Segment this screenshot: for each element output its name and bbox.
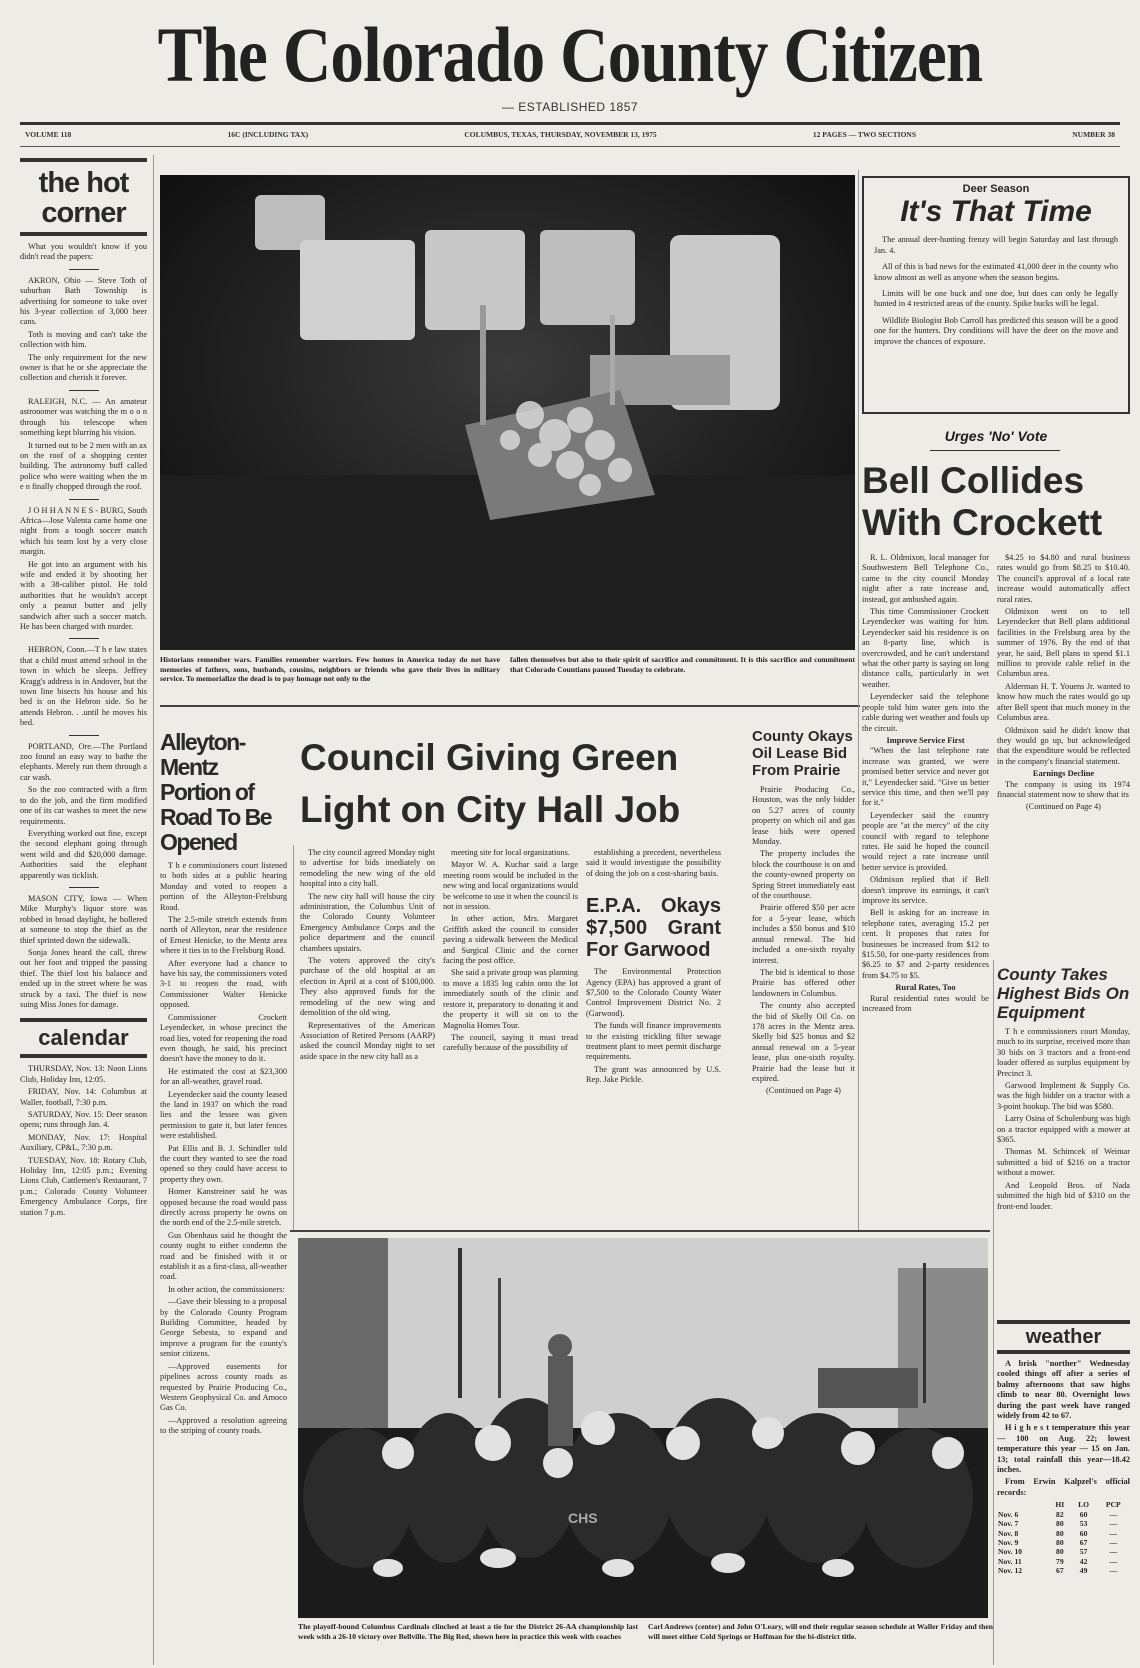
deer-season-box: Deer Season It's That Time The annual de… [862, 176, 1130, 414]
weather-cell: Nov. 7 [997, 1519, 1049, 1528]
oil-lease-para: Prairie offered $50 per acre for a 5-yea… [752, 903, 855, 965]
bell-subhead: Earnings Decline [997, 769, 1130, 779]
oil-lease-para: The county also accepted the bid of Skel… [752, 1001, 855, 1084]
weather-row: Nov. 88060— [997, 1529, 1130, 1538]
bell-para: The company is using its 1974 financial … [997, 780, 1130, 801]
deer-para: All of this is bad news for the estimate… [874, 262, 1118, 283]
weather-title: weather [997, 1324, 1130, 1350]
weather-cell: Nov. 12 [997, 1566, 1049, 1575]
hot-corner-title: the hot corner [20, 168, 147, 228]
item-separator [69, 390, 99, 391]
weather-cell: 60 [1071, 1510, 1097, 1519]
oil-lease-headline: County Okays Oil Lease Bid From Prairie [752, 728, 855, 779]
council-column-1: The city council agreed Monday night to … [300, 848, 435, 1064]
alleyton-para: After everyone had a chance to have his … [160, 959, 287, 1011]
weather-col-header: LO [1071, 1500, 1097, 1509]
alleyton-para: Homer Kanstreiner said he was opposed be… [160, 1187, 287, 1229]
weather-rule-bottom [997, 1350, 1130, 1354]
alleyton-para: Leyendecker said the county leased the l… [160, 1090, 287, 1142]
county-bids-para: Garwood Implement & Supply Co. was the h… [997, 1081, 1130, 1112]
calendar-rule-top [20, 1018, 147, 1022]
weather-row: Nov. 98067— [997, 1538, 1130, 1547]
weather-cell: 67 [1049, 1566, 1071, 1575]
weather-cell: 79 [1049, 1557, 1071, 1566]
epa-para: The Environmental Protection Agency (EPA… [586, 967, 721, 1019]
county-bids-para: T h e commissioners court Monday, much t… [997, 1027, 1130, 1079]
bell-column-2: $4.25 to $4.80 and rural business rates … [997, 553, 1130, 813]
weather-cell: Nov. 10 [997, 1547, 1049, 1556]
weather-cell: — [1097, 1519, 1130, 1528]
oil-lease-story: County Okays Oil Lease Bid From Prairie … [752, 728, 855, 1097]
council-headline-line-1: Council Giving Green [300, 732, 745, 784]
bell-para: Bell is asking for an increase in teleph… [862, 908, 989, 981]
county-bids-para: Larry Osina of Schulenburg was high on a… [997, 1114, 1130, 1145]
weather-cell: 67 [1071, 1538, 1097, 1547]
hot-corner-item: Toth is moving and can't take the collec… [20, 330, 147, 351]
weather-cell: Nov. 8 [997, 1529, 1049, 1538]
weather-row: Nov. 108057— [997, 1547, 1130, 1556]
price: 16c (INCLUDING TAX) [228, 130, 309, 139]
alleyton-para: T h e commissioners court listened to bo… [160, 861, 287, 913]
county-bids-story: County Takes Highest Bids On Equipment T… [997, 965, 1130, 1214]
weather-para: H i g h e s t temperature this year — 10… [997, 1423, 1130, 1475]
bell-column-1: R. L. Oldmixon, local manager for Southw… [862, 553, 989, 1016]
memorial-caption-left: Historians remember wars. Families remem… [160, 655, 500, 684]
column-rule [858, 170, 859, 1230]
hot-corner-column: the hot corner What you wouldn't know if… [20, 158, 147, 1220]
weather-row: Nov. 126749— [997, 1566, 1130, 1575]
weather-cell: 80 [1049, 1538, 1071, 1547]
item-separator [69, 269, 99, 270]
item-separator [69, 887, 99, 888]
hot-corner-rule-top [20, 158, 147, 162]
epa-para: The grant was announced by U.S. Rep. Jak… [586, 1065, 721, 1086]
alleyton-para: The 2.5-mile stretch extends from north … [160, 915, 287, 957]
council-para: Representatives of the American Associat… [300, 1021, 435, 1063]
weather-cell: 53 [1071, 1519, 1097, 1528]
hot-corner-item: The only requirement for the new owner i… [20, 353, 147, 384]
established-line: — ESTABLISHED 1857 [0, 100, 1140, 114]
weather-cell: Nov. 6 [997, 1510, 1049, 1519]
calendar-title: calendar [20, 1024, 147, 1052]
column-rule [293, 845, 294, 1230]
council-column-3: establishing a precedent, nevertheless s… [586, 848, 721, 1088]
weather-row: Nov. 68260— [997, 1510, 1130, 1519]
weather-para: A brisk "norther" Wednesday cooled thing… [997, 1359, 1130, 1421]
bell-kicker: Urges 'No' Vote [862, 428, 1130, 444]
hot-corner-item: It turned out to be 2 men with an ax on … [20, 441, 147, 493]
weather-cell: Nov. 9 [997, 1538, 1049, 1547]
council-para: The voters approved the city's purchase … [300, 956, 435, 1018]
bell-subhead: Improve Service First [862, 736, 989, 746]
cemetery-image [160, 175, 855, 650]
weather-cell: — [1097, 1566, 1130, 1575]
weather-cell: 60 [1071, 1529, 1097, 1538]
hot-corner-item: PORTLAND, Ore.—The Portland zoo found an… [20, 742, 147, 784]
epa-headline: E.P.A. Okays $7,500 Grant For Garwood [586, 895, 721, 961]
alleyton-para: In other action, the commissioners: [160, 1285, 287, 1295]
weather-para: From Erwin Kalpzel's official records: [997, 1477, 1130, 1498]
column-rule [993, 960, 994, 1665]
alleyton-para: Gus Obenhaus said he thought the county … [160, 1231, 287, 1283]
bell-para: $4.25 to $4.80 and rural business rates … [997, 553, 1130, 605]
council-para: The council, saying it must tread carefu… [443, 1033, 578, 1054]
council-headline: Council Giving Green Light on City Hall … [300, 732, 745, 836]
calendar-item: SATURDAY, Nov. 15: Deer season opens; ru… [20, 1110, 147, 1131]
photo-section-rule [160, 705, 860, 707]
newspaper-title: The Colorado County Citizen [80, 10, 1060, 100]
weather-cell: — [1097, 1529, 1130, 1538]
memorial-photo [160, 175, 855, 650]
council-column-3-body: establishing a precedent, nevertheless s… [586, 848, 721, 879]
alleyton-headline: Alleyton-Mentz Portion of Road To Be Ope… [160, 730, 287, 855]
bell-para: Oldmixon went on to tell Leyendecker tha… [997, 607, 1130, 680]
weather-cell: 80 [1049, 1547, 1071, 1556]
weather-col-header: PCP [1097, 1500, 1130, 1509]
deer-season-headline: It's That Time [874, 194, 1118, 230]
bell-para: Oldmixon said he didn't know that they w… [997, 726, 1130, 768]
oil-lease-para: Prairie Producing Co., Houston, was the … [752, 785, 855, 847]
weather-cell: — [1097, 1510, 1130, 1519]
calendar-items: THURSDAY, Nov. 13: Noon Lions Club, Holi… [20, 1064, 147, 1218]
bell-para: Oldmixon replied that if Bell doesn't im… [862, 875, 989, 906]
weather-col-header [997, 1500, 1049, 1509]
weather-col-header: HI [1049, 1500, 1071, 1509]
county-bids-body: T h e commissioners court Monday, much t… [997, 1027, 1130, 1212]
weather-cell: — [1097, 1557, 1130, 1566]
hot-corner-item: So the zoo contracted with a firm to do … [20, 785, 147, 827]
calendar-rule-bottom [20, 1054, 147, 1058]
weather-cell: 49 [1071, 1566, 1097, 1575]
hot-corner-item: He got into an argument with his wife an… [20, 560, 147, 633]
calendar-item: MONDAY, Nov. 17: Hospital Auxiliary, CP&… [20, 1133, 147, 1154]
bell-kicker-rule [930, 450, 1060, 451]
bell-para: R. L. Oldmixon, local manager for Southw… [862, 553, 989, 605]
weather-row: Nov. 78053— [997, 1519, 1130, 1528]
weather-table-header: HILOPCP [997, 1500, 1130, 1509]
council-para: The city council agreed Monday night to … [300, 848, 435, 890]
county-bids-para: Thomas M. Schimcek of Weimar submitted a… [997, 1147, 1130, 1178]
masthead-rule [20, 122, 1120, 125]
column-rule [153, 155, 154, 1665]
bell-headline-line-1: Bell Collides [862, 460, 1140, 502]
alleyton-para: —Gave their blessing to a proposal by th… [160, 1297, 287, 1359]
oil-lease-body: Prairie Producing Co., Houston, was the … [752, 785, 855, 1084]
item-separator [69, 499, 99, 500]
hot-corner-items: AKRON, Ohio — Steve Toth of suburban Bat… [20, 269, 147, 1011]
bell-para: Rural residential rates would be increas… [862, 994, 989, 1015]
county-bids-para: And Leopold Bros. of Nada submitted the … [997, 1181, 1130, 1212]
football-caption-right: Carl Andrews (center) and John O'Leary, … [648, 1622, 993, 1641]
alleyton-para: —Approved easements for pipelines across… [160, 1362, 287, 1414]
hot-corner-item: Sonja Jones heard the call, threw out he… [20, 948, 147, 1010]
hot-corner-item: Everything worked out fine, except the s… [20, 829, 147, 881]
council-para: meeting site for local organizations. [443, 848, 578, 858]
bell-continued[interactable]: (Continued on Page 4) [997, 802, 1130, 812]
deer-para: The annual deer-hunting frenzy will begi… [874, 235, 1118, 256]
alleyton-para: Pat Ellis and B. J. Schindler told the c… [160, 1144, 287, 1186]
bell-headline-line-2: With Crockett [862, 502, 1140, 544]
hot-corner-item: J O H H A N N E S - BURG, South Africa—J… [20, 506, 147, 558]
weather-cell: 80 [1049, 1529, 1071, 1538]
hot-corner-item: HEBRON, Conn.—T h e law states that a ch… [20, 645, 147, 728]
hot-corner-rule-bottom [20, 232, 147, 236]
oil-lease-para: The property includes the block the cour… [752, 849, 855, 901]
council-para: She said a private group was planning to… [443, 968, 578, 1030]
deer-season-kicker: Deer Season [874, 184, 1118, 194]
epa-body: The Environmental Protection Agency (EPA… [586, 967, 721, 1085]
county-bids-headline: County Takes Highest Bids On Equipment [997, 965, 1130, 1022]
hot-corner-item: AKRON, Ohio — Steve Toth of suburban Bat… [20, 276, 147, 328]
council-para: Mayor W. A. Kuchar said a large meeting … [443, 860, 578, 912]
bell-para: Leyendecker said the country people are … [862, 811, 989, 873]
council-headline-line-2: Light on City Hall Job [300, 784, 745, 836]
football-photo: CHS [298, 1238, 988, 1618]
bell-headline: Bell Collides With Crockett [862, 460, 1140, 544]
alleyton-body: T h e commissioners court listened to bo… [160, 861, 287, 1437]
dateline-bar: VOLUME 118 16c (INCLUDING TAX) COLUMBUS,… [25, 130, 1115, 139]
calendar-item: FRIDAY, Nov. 14: Columbus at Waller, foo… [20, 1087, 147, 1108]
oil-lease-continued[interactable]: (Continued on Page 4) [752, 1086, 855, 1096]
dateline: COLUMBUS, TEXAS, THURSDAY, NOVEMBER 13, … [464, 130, 656, 139]
hot-corner-item: MASON CITY, Iowa — When Mike Murphy's li… [20, 894, 147, 946]
item-separator [69, 735, 99, 736]
deer-para: Wildlife Biologist Bob Carroll has predi… [874, 316, 1118, 347]
council-column-2: meeting site for local organizations.May… [443, 848, 578, 1056]
bell-para: Leyendecker said the telephone people to… [862, 692, 989, 734]
weather-body: A brisk "norther" Wednesday cooled thing… [997, 1359, 1130, 1498]
bottom-photo-rule [290, 1230, 990, 1232]
football-team-image: CHS [298, 1238, 988, 1618]
epa-para: The funds will finance improvements to t… [586, 1021, 721, 1063]
bell-para: Alderman H. T. Youens Jr. wanted to know… [997, 682, 1130, 724]
calendar-item: THURSDAY, Nov. 13: Noon Lions Club, Holi… [20, 1064, 147, 1085]
bell-subhead: Rural Rates, Too [862, 983, 989, 993]
volume: VOLUME 118 [25, 130, 71, 139]
bell-para: This time Commissioner Crockett Leyendec… [862, 607, 989, 690]
weather-cell: 82 [1049, 1510, 1071, 1519]
weather-table: HILOPCP Nov. 68260—Nov. 78053—Nov. 88060… [997, 1500, 1130, 1575]
dateline-rule [20, 146, 1120, 147]
council-para: establishing a precedent, nevertheless s… [586, 848, 721, 879]
calendar-item: TUESDAY, Nov. 18: Rotary Club, Holiday I… [20, 1156, 147, 1218]
weather-box: weather A brisk "norther" Wednesday cool… [997, 1320, 1130, 1576]
jersey-text: CHS [568, 1510, 598, 1526]
weather-cell: — [1097, 1538, 1130, 1547]
weather-cell: 42 [1071, 1557, 1097, 1566]
football-caption-left: The playoff-bound Columbus Cardinals cli… [298, 1622, 638, 1641]
alleyton-story: Alleyton-Mentz Portion of Road To Be Ope… [160, 730, 287, 1439]
hot-corner-item: RALEIGH, N.C. — An amateur astronomer wa… [20, 397, 147, 439]
alleyton-para: He estimated the cost at $23,300 for an … [160, 1067, 287, 1088]
weather-cell: 80 [1049, 1519, 1071, 1528]
item-separator [69, 638, 99, 639]
council-para: In other action, Mrs. Margaret Griffith … [443, 914, 578, 966]
weather-row: Nov. 117942— [997, 1557, 1130, 1566]
hot-corner-intro: What you wouldn't know if you didn't rea… [20, 242, 147, 263]
bell-para: "When the last telephone rate increase w… [862, 746, 989, 808]
council-para: The new city hall will house the city ad… [300, 892, 435, 954]
issue-number: Number 38 [1072, 130, 1115, 139]
deer-para: Limits will be one buck and one doe, but… [874, 289, 1118, 310]
alleyton-para: Commissioner Crockett Leyendecker, in wh… [160, 1013, 287, 1065]
memorial-caption-right: fallen themselves but also to their spir… [510, 655, 855, 674]
weather-cell: 57 [1071, 1547, 1097, 1556]
weather-cell: — [1097, 1547, 1130, 1556]
pages: 12 PAGES — TWO SECTIONS [813, 130, 916, 139]
weather-cell: Nov. 11 [997, 1557, 1049, 1566]
alleyton-para: —Approved a resolution agreeing to the s… [160, 1416, 287, 1437]
oil-lease-para: The bid is identical to those Prairie ha… [752, 968, 855, 999]
